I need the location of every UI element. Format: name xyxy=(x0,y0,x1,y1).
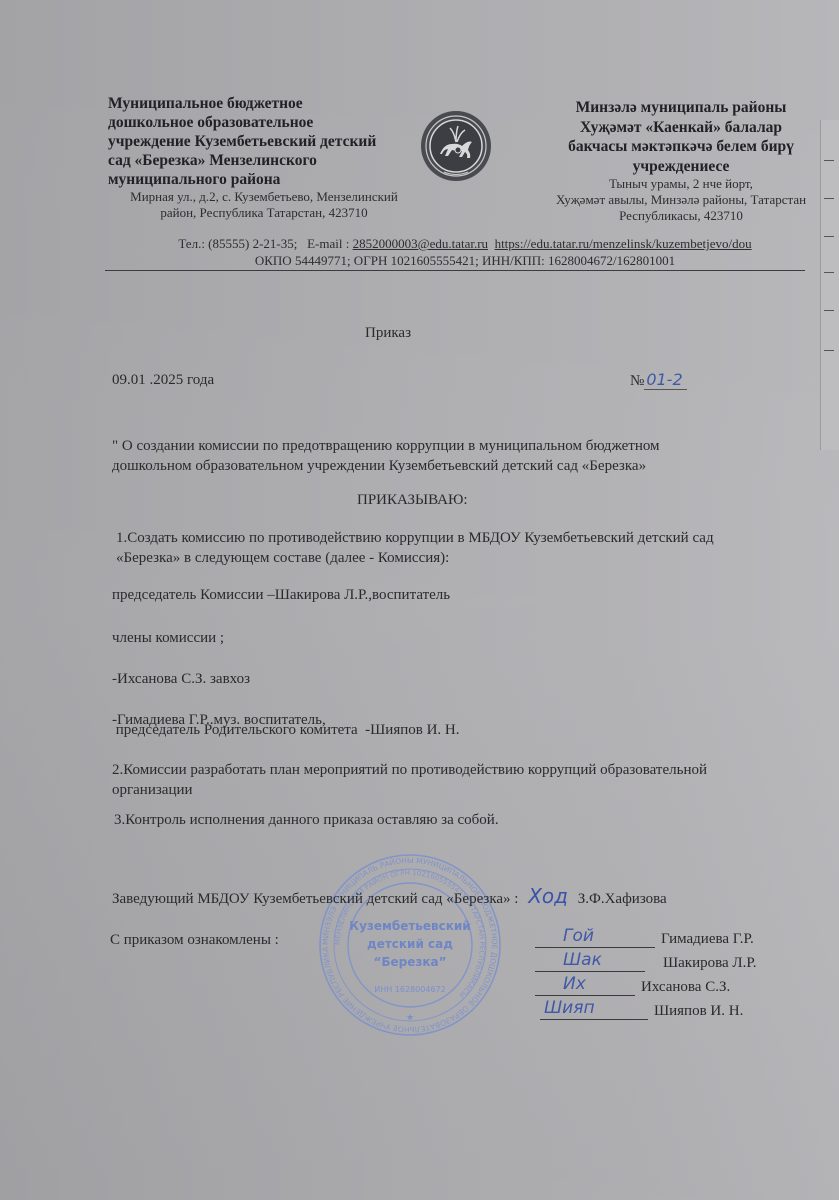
signature-line: Шак xyxy=(535,949,645,972)
acquainted-name: Шияпов И. Н. xyxy=(654,1002,743,1020)
registry-codes: ОКПО 54449771; ОГРН 1021605555421; ИНН/К… xyxy=(110,252,820,269)
handwritten-signature: Их xyxy=(563,974,586,994)
document-subject: " О создании комиссии по предотвращению … xyxy=(112,436,752,476)
signature-line: Шияп xyxy=(540,997,648,1020)
number-label: № xyxy=(630,373,644,389)
phone: Тел.: (85555) 2-21-35; xyxy=(178,236,297,251)
acquainted-row: Шак Шакирова Л.Р. xyxy=(535,949,757,972)
website-link[interactable]: https://edu.tatar.ru/menzelinsk/kuzembet… xyxy=(495,236,752,251)
head-signature: Ход xyxy=(528,884,568,908)
item-2: 2.Комиссии разработать план мероприятий … xyxy=(112,760,792,800)
acquainted-row: Шияп Шияпов И. Н. xyxy=(540,997,743,1020)
item-3: 3.Контроль исполнения данного приказа ос… xyxy=(114,810,499,830)
acquainted-label: С приказом ознакомлены : xyxy=(110,930,279,950)
member-item: председатель Родительского комитета -Шия… xyxy=(112,720,460,740)
stamp-inn: ИНН 1628004672 xyxy=(374,985,445,994)
document-title: Приказ xyxy=(365,323,411,343)
header-divider xyxy=(105,270,805,271)
handwritten-number: 01-2 xyxy=(644,370,686,390)
commission-chair: председатель Комиссии –Шакирова Л.Р.,вос… xyxy=(112,585,450,605)
stamp-line: Кузембетьевский xyxy=(349,919,470,933)
head-signature-line: Заведующий МБДОУ Кузембетьевский детский… xyxy=(112,886,667,909)
official-stamp: МИНЗЭЛЭ МУНИЦИПАЛЬ РАЙОНЫ МУНИЦИПАЛЬНОЕ … xyxy=(315,850,505,1040)
acquainted-row: Гой Гимадиева Г.Р. xyxy=(535,925,754,948)
header-right-block: Минзәлә муниципаль районы Хуҗәмәт «Каенк… xyxy=(540,98,822,224)
members-label: члены комиссии ; xyxy=(112,628,224,648)
email-label: E-mail : xyxy=(307,236,349,251)
acquainted-row: Их Ихсанова С.З. xyxy=(535,973,730,996)
address-ru: Мирная ул., д.2, с. Кузембетьево, Мензел… xyxy=(104,189,424,221)
member-item: -Ихсанова С.З. завхоз xyxy=(112,669,250,689)
acquainted-name: Шакирова Л.Р. xyxy=(663,954,757,972)
signature-line: Их xyxy=(535,973,635,996)
item-1: 1.Создать комиссию по противодействию ко… xyxy=(112,528,792,568)
header-left-block: Муниципальное бюджетное дошкольное образ… xyxy=(108,94,418,221)
contacts-block: Тел.: (85555) 2-21-35; E-mail : 28520000… xyxy=(110,235,820,269)
stamp-line: “Березка” xyxy=(373,955,446,969)
head-name: З.Ф.Хафизова xyxy=(578,891,667,907)
document-date: 09.01 .2025 года xyxy=(112,370,214,390)
order-heading: ПРИКАЗЫВАЮ: xyxy=(357,490,468,510)
email-link[interactable]: 2852000003@edu.tatar.ru xyxy=(353,236,488,251)
svg-text:★: ★ xyxy=(406,1012,414,1022)
tatarstan-coat-of-arms-icon xyxy=(420,110,492,182)
stamp-line: детский сад xyxy=(367,937,453,951)
document-number: №01-2 xyxy=(630,370,687,391)
handwritten-signature: Шияп xyxy=(544,998,595,1018)
org-name-tt: Минзәлә муниципаль районы Хуҗәмәт «Каенк… xyxy=(540,98,822,176)
address-tt: Тыныч урамы, 2 нче йорт, Хуҗәмәт авылы, … xyxy=(540,176,822,224)
acquainted-name: Гимадиева Г.Р. xyxy=(661,930,754,948)
org-name-ru: Муниципальное бюджетное дошкольное образ… xyxy=(108,94,418,189)
handwritten-signature: Шак xyxy=(563,950,602,970)
adjacent-page-edge xyxy=(820,120,839,450)
head-label: Заведующий МБДОУ Кузембетьевский детский… xyxy=(112,891,518,907)
handwritten-signature: Гой xyxy=(563,926,594,946)
signature-line: Гой xyxy=(535,925,655,948)
acquainted-name: Ихсанова С.З. xyxy=(641,978,730,996)
contacts-line: Тел.: (85555) 2-21-35; E-mail : 28520000… xyxy=(110,235,820,252)
document-page: Муниципальное бюджетное дошкольное образ… xyxy=(0,0,839,1200)
